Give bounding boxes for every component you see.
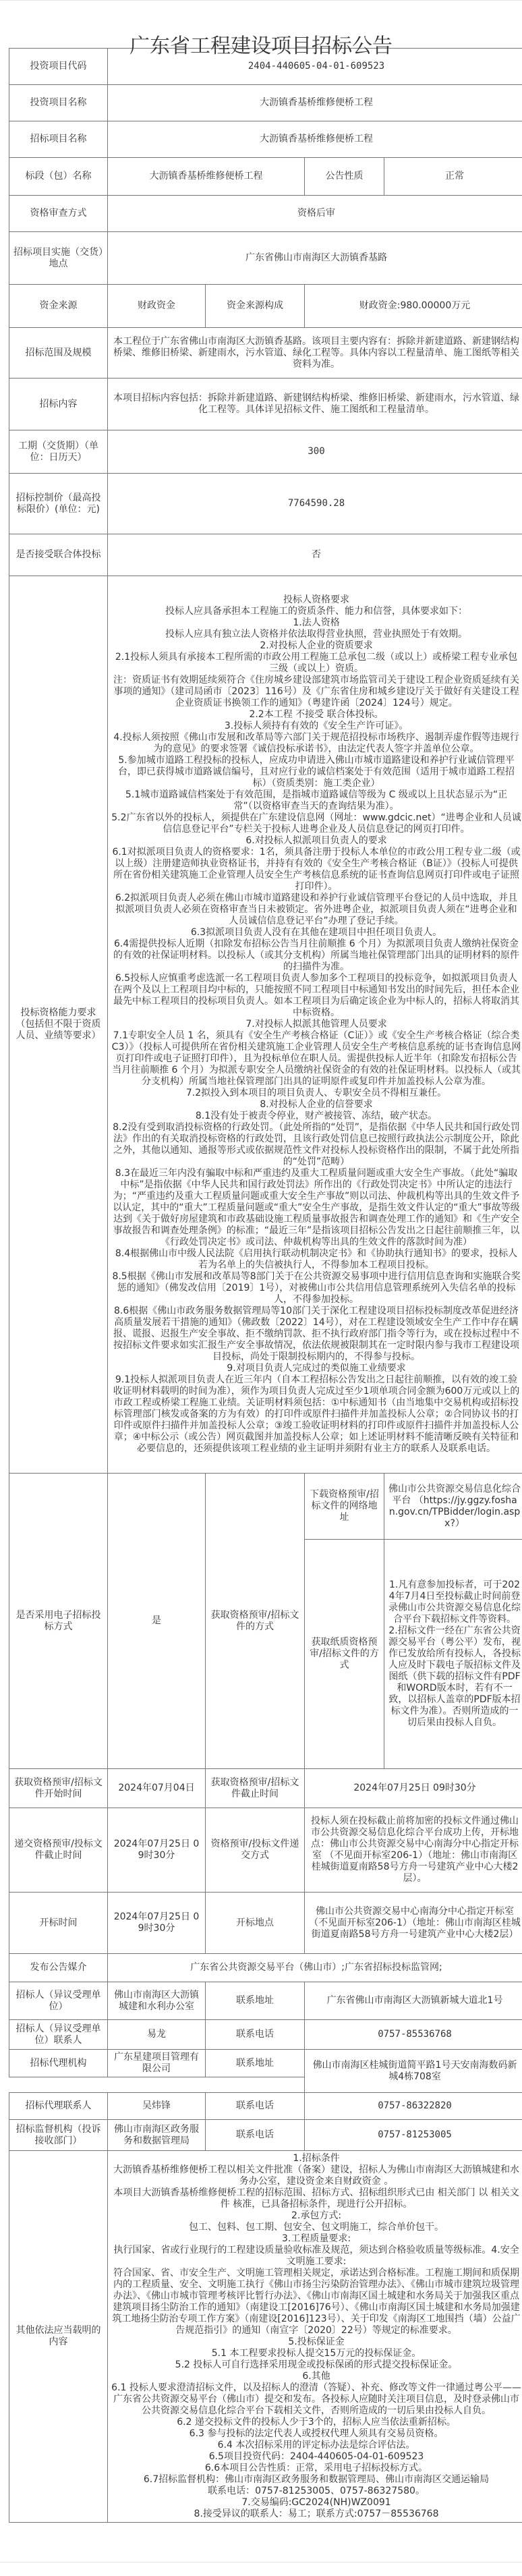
value-tender-name: 大沥镇香基桥维修便桥工程: [108, 121, 522, 158]
row-tenderer: 招标人（异议受理单位） 佛山市南海区大沥镇城建和水利办公室 联系地址 广东省佛山…: [9, 1982, 522, 2020]
label-electronic: 是否采用电子招标投标方式: [9, 1474, 108, 1769]
value-consortium: 否: [108, 534, 522, 576]
label-media: 发布公告媒介: [9, 1954, 108, 1982]
value-tenderer-contact: 易龙: [108, 2020, 206, 2050]
label-agency-contact: 招标代理联系人: [9, 2093, 108, 2120]
label-agency-address: 联系地址: [206, 2050, 305, 2077]
label-notice-nature: 公告性质: [305, 158, 384, 196]
value-duration: 300: [108, 430, 522, 474]
label-qual-review: 资格审查方式: [9, 196, 108, 232]
row-content: 招标内容 本项目招标内容包括：拆除并新建道路、新建钢结构桥梁、维修旧桥梁、新建雨…: [9, 379, 522, 430]
label-location: 招标项目实施（交货）地点: [9, 232, 108, 285]
value-location: 广东省佛山市南海区大沥镇香基路: [108, 232, 522, 285]
row-consortium: 是否接受联合体投标 否: [9, 534, 522, 576]
value-qual-review: 资格后审: [108, 196, 522, 232]
row-electronic-download: 是否采用电子招标投标方式 是 获取资格预审/招标文件的方式 下载资格预审/招标文…: [9, 1474, 522, 1540]
value-paper-method: 1.凡有意参加投标者，可于2024年7月4日至投标截止时间前登录佛山市公共资源交…: [384, 1540, 522, 1769]
label-tenderer-address: 联系地址: [206, 1982, 305, 2020]
label-tenderer-contact: 招标人（异议受理单位）联系人: [9, 2020, 108, 2050]
value-opening-place: 佛山市公共资源交易中心南海分中心指定开标室 （不见面开标室206-1）（地址：佛…: [305, 1893, 522, 1954]
row-location: 招标项目实施（交货）地点 广东省佛山市南海区大沥镇香基路: [9, 232, 522, 285]
row-control-price: 招标控制价（最高投标限价）(单位：元) 7764590.28: [9, 474, 522, 534]
label-other: 其他依法应当载明的内容: [9, 2151, 108, 2523]
label-doc-method: 获取资格预审/招标文件的方式: [206, 1474, 305, 1769]
value-submit-deadline: 2024年07月25日 09时30分: [108, 1808, 206, 1893]
row-section-name: 标段（包）名称 大沥镇香基桥维修便桥工程 公告性质 正常: [9, 158, 522, 196]
value-opening-time: 2024年07月25日 09时30分: [108, 1893, 206, 1954]
value-supervisor-phone: 0757-81253005: [305, 2120, 522, 2151]
row-agency: 招标代理机构 广东星建项目管理有限公司 联系地址 佛山市南海区桂城街道简平路1号…: [9, 2050, 522, 2077]
label-opening-place: 开标地点: [206, 1893, 305, 1954]
label-tenderer-phone: 联系电话: [206, 2020, 305, 2050]
label-funding: 资金来源: [9, 285, 108, 328]
value-supervisor: 佛山市南海区政务服务和数据管理局: [108, 2120, 206, 2151]
label-duration: 工期（交货期）（单位：日历天）: [9, 430, 108, 474]
row-funding: 资金来源 财政资金 资金来源构成 财政资金:980.00000万元: [9, 285, 522, 328]
value-agency: 广东星建项目管理有限公司: [108, 2050, 206, 2077]
label-funding-composition: 资金来源构成: [206, 285, 305, 328]
label-doc-start: 获取资格预审/招标文件开始时间: [9, 1769, 108, 1808]
value-tenderer: 佛山市南海区大沥镇城建和水利办公室: [108, 1982, 206, 2020]
value-doc-start: 2024年07月04日: [108, 1769, 206, 1808]
row-scope: 招标范围及规模 本工程位于广东省佛山市南海区大沥镇香基路。该项目主要内容有：拆除…: [9, 328, 522, 379]
value-scope: 本工程位于广东省佛山市南海区大沥镇香基路。该项目主要内容有：拆除并新建道路、新建…: [108, 328, 522, 379]
label-paper-method: 获取纸质资格预审/招标文件的方式: [305, 1540, 384, 1769]
row-duration: 工期（交货期）（单位：日历天） 300: [9, 430, 522, 474]
footer-space: [0, 2563, 522, 2576]
row-opening: 开标时间 2024年07月25日 09时30分 开标地点 佛山市公共资源交易中心…: [9, 1893, 522, 1954]
label-supervisor-phone: 联系电话: [206, 2120, 305, 2151]
row-tender-name: 招标项目名称 大沥镇香基桥维修便桥工程: [9, 121, 522, 158]
label-section-name: 标段（包）名称: [9, 158, 108, 196]
page-title: 广东省工程建设项目招标公告: [0, 1, 522, 48]
value-agency-contact: 吴炜锋: [108, 2093, 206, 2120]
value-download-address[interactable]: 佛山市公共资源交易信息化综合平台 （https://jy.ggzy.foshan…: [384, 1474, 522, 1540]
value-tenderer-phone: 0757-85536768: [305, 2020, 522, 2050]
value-funding: 财政资金: [108, 285, 206, 328]
row-invest-name: 投资项目名称 大沥镇香基桥维修便桥工程: [9, 85, 522, 121]
row-submit: 递交资格预审/投标文件截止时间 2024年07月25日 09时30分 资格预审/…: [9, 1808, 522, 1893]
label-tender-name: 招标项目名称: [9, 121, 108, 158]
label-opening-time: 开标时间: [9, 1893, 108, 1954]
announcement-container: 投资项目代码 2404-440605-04-01-609523 投资项目名称 大…: [0, 48, 516, 2523]
label-tenderer: 招标人（异议受理单位）: [9, 1982, 108, 2020]
label-download-address: 下载资格预审/招标文件的网络地址: [305, 1474, 384, 1540]
label-submit-deadline: 递交资格预审/投标文件截止时间: [9, 1808, 108, 1893]
value-qualification: 投标人资格要求 投标人应具备承担本工程施工的资质条件、能力和信誉，具体要求如下：…: [108, 576, 522, 1474]
label-agency: 招标代理机构: [9, 2050, 108, 2077]
label-invest-name: 投资项目名称: [9, 85, 108, 121]
row-qualification: 投标资格能力要求（包括但不限于资质人员、业绩等要求） 投标人资格要求 投标人应具…: [9, 576, 522, 1474]
label-content: 招标内容: [9, 379, 108, 430]
value-other: 1.招标条件 大沥镇香基桥维修便桥工程以相关文件批准（备案）建设，招标人为佛山市…: [108, 2151, 522, 2523]
value-agency-phone: 0757-86322820: [305, 2093, 522, 2120]
label-qualification: 投标资格能力要求（包括但不限于资质人员、业绩等要求）: [9, 576, 108, 1474]
value-agency-address: 佛山市南海区桂城街道简平路1号天安南海数码新城4栋708室: [305, 2050, 522, 2093]
value-media: 广东省公共资源交易平台（佛山市）;广东省招标投标监管网;: [108, 1954, 522, 1982]
label-submit-method: 资格预审/投标文件递交方式: [206, 1808, 305, 1893]
label-invest-code: 投资项目代码: [9, 49, 108, 85]
announcement-table: 投资项目代码 2404-440605-04-01-609523 投资项目名称 大…: [9, 48, 522, 2523]
row-qual-review: 资格审查方式 资格后审: [9, 196, 522, 232]
label-consortium: 是否接受联合体投标: [9, 534, 108, 576]
row-media: 发布公告媒介 广东省公共资源交易平台（佛山市）;广东省招标投标监管网;: [9, 1954, 522, 1982]
label-doc-end: 获取资格预审/招标文件截止时间: [206, 1769, 305, 1808]
row-tenderer-contact: 招标人（异议受理单位）联系人 易龙 联系电话 0757-85536768: [9, 2020, 522, 2050]
value-submit-method: 投标人须在投标截止前将加密的投标文件通过佛山市公共资源交易信息化综合平台成功上传…: [305, 1808, 522, 1893]
label-agency-phone: 联系电话: [206, 2093, 305, 2120]
row-agency-contact: 招标代理联系人 吴炜锋 联系电话 0757-86322820: [9, 2093, 522, 2120]
value-funding-composition: 财政资金:980.00000万元: [305, 285, 522, 328]
value-doc-end: 2024年07月25日 09时30分: [305, 1769, 522, 1808]
value-invest-name: 大沥镇香基桥维修便桥工程: [108, 85, 522, 121]
value-tenderer-address: 广东省佛山市南海区大沥镇新城大道北1号: [305, 1982, 522, 2020]
label-control-price: 招标控制价（最高投标限价）(单位：元): [9, 474, 108, 534]
label-supervisor: 招标监督机构（投诉接收部门）: [9, 2120, 108, 2151]
value-control-price: 7764590.28: [108, 474, 522, 534]
row-other: 其他依法应当载明的内容 1.招标条件 大沥镇香基桥维修便桥工程以相关文件批准（备…: [9, 2151, 522, 2523]
value-section-name: 大沥镇香基桥维修便桥工程: [108, 158, 305, 196]
value-notice-nature: 正常: [384, 158, 522, 196]
value-content: 本项目招标内容包括：拆除并新建道路、新建钢结构桥梁、维修旧桥梁、新建雨水，污水管…: [108, 379, 522, 430]
label-scope: 招标范围及规模: [9, 328, 108, 379]
value-electronic: 是: [108, 1474, 206, 1769]
row-doc-time: 获取资格预审/招标文件开始时间 2024年07月04日 获取资格预审/招标文件截…: [9, 1769, 522, 1808]
gap-spacer: [9, 2077, 305, 2093]
row-supervisor: 招标监督机构（投诉接收部门） 佛山市南海区政务服务和数据管理局 联系电话 075…: [9, 2120, 522, 2151]
